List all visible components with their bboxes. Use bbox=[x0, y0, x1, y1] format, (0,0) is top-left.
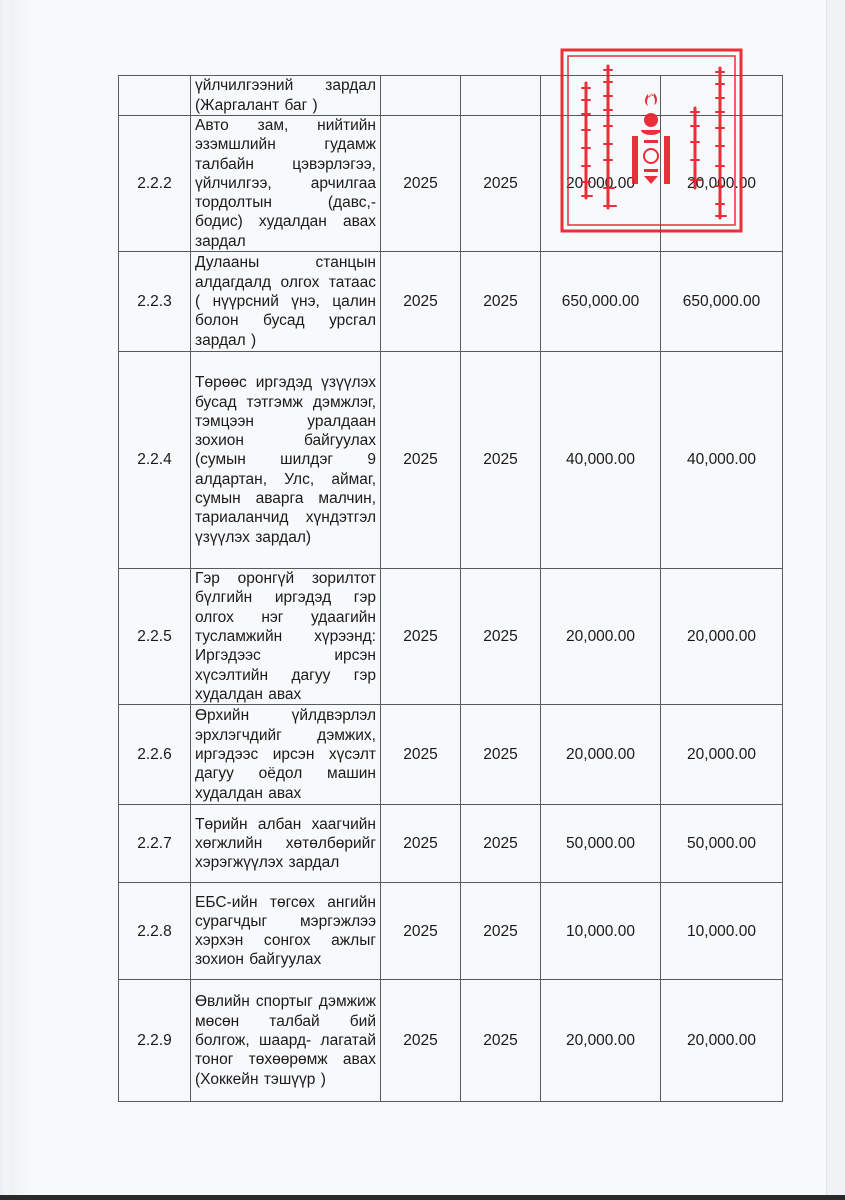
row-start-year: 2025 bbox=[381, 980, 461, 1102]
row-amount-2: 650,000.00 bbox=[661, 252, 783, 352]
table-row: 2.2.2 Авто зам, нийтийн эзэмшлийн гудамж… bbox=[119, 116, 783, 252]
budget-table-body: үйлчилгээний зардал (Жаргалант баг ) 2.2… bbox=[119, 76, 783, 1102]
row-start-year: 2025 bbox=[381, 883, 461, 980]
row-start-year: 2025 bbox=[381, 352, 461, 569]
table-row: 2.2.9 Өвлийн спортыг дэмжиж мөсөн талбай… bbox=[119, 980, 783, 1102]
row-start-year: 2025 bbox=[381, 252, 461, 352]
row-amount-1: 50,000.00 bbox=[541, 805, 661, 883]
row-end-year: 2025 bbox=[461, 352, 541, 569]
row-start-year: 2025 bbox=[381, 116, 461, 252]
row-amount-2: 10,000.00 bbox=[661, 883, 783, 980]
row-end-year: 2025 bbox=[461, 252, 541, 352]
row-amount-1: 20,000.00 bbox=[541, 980, 661, 1102]
row-amount-1: 20,000.00 bbox=[541, 116, 661, 252]
row-end-year: 2025 bbox=[461, 569, 541, 705]
row-end-year: 2025 bbox=[461, 805, 541, 883]
row-description: Авто зам, нийтийн эзэмшлийн гудамж талба… bbox=[191, 116, 381, 252]
row-start-year bbox=[381, 76, 461, 116]
row-description: Төрийн албан хаагчийн хөгжлийн хөтөлбөри… bbox=[191, 805, 381, 883]
scan-edge-bar bbox=[0, 1195, 845, 1200]
row-amount-1 bbox=[541, 76, 661, 116]
row-amount-2: 20,000.00 bbox=[661, 705, 783, 805]
row-end-year: 2025 bbox=[461, 705, 541, 805]
row-amount-2 bbox=[661, 76, 783, 116]
row-description: Гэр оронгүй зорилтот бүлгийн иргэдэд гэр… bbox=[191, 569, 381, 705]
row-description: Өрхийн үйлдвэрлэл эрхлэгчдийг дэмжих, ир… bbox=[191, 705, 381, 805]
row-end-year bbox=[461, 76, 541, 116]
row-amount-2: 50,000.00 bbox=[661, 805, 783, 883]
row-description: ЕБС-ийн төгсөх ангийн сурагчдыг мэргэжлэ… bbox=[191, 883, 381, 980]
row-code: 2.2.4 bbox=[119, 352, 191, 569]
row-start-year: 2025 bbox=[381, 705, 461, 805]
row-amount-1: 40,000.00 bbox=[541, 352, 661, 569]
table-row: 2.2.4 Төрөөс иргэдэд үзүүлэх бусад тэтгэ… bbox=[119, 352, 783, 569]
row-amount-1: 20,000.00 bbox=[541, 705, 661, 805]
budget-table: үйлчилгээний зардал (Жаргалант баг ) 2.2… bbox=[118, 75, 783, 1102]
table-row: 2.2.3 Дулааны станцын алдагдалд олгох та… bbox=[119, 252, 783, 352]
row-description: Дулааны станцын алдагдалд олгох татаас (… bbox=[191, 252, 381, 352]
row-amount-1: 10,000.00 bbox=[541, 883, 661, 980]
row-description: үйлчилгээний зардал (Жаргалант баг ) bbox=[191, 76, 381, 116]
row-start-year: 2025 bbox=[381, 569, 461, 705]
row-code: 2.2.2 bbox=[119, 116, 191, 252]
row-end-year: 2025 bbox=[461, 980, 541, 1102]
row-description: Төрөөс иргэдэд үзүүлэх бусад тэтгэмж дэм… bbox=[191, 352, 381, 569]
row-code: 2.2.8 bbox=[119, 883, 191, 980]
row-end-year: 2025 bbox=[461, 116, 541, 252]
row-amount-2: 20,000.00 bbox=[661, 569, 783, 705]
row-code bbox=[119, 76, 191, 116]
table-row: 2.2.5 Гэр оронгүй зорилтот бүлгийн иргэд… bbox=[119, 569, 783, 705]
table-row: 2.2.8 ЕБС-ийн төгсөх ангийн сурагчдыг мэ… bbox=[119, 883, 783, 980]
row-code: 2.2.9 bbox=[119, 980, 191, 1102]
table-row: үйлчилгээний зардал (Жаргалант баг ) bbox=[119, 76, 783, 116]
row-amount-2: 20,000.00 bbox=[661, 116, 783, 252]
table-row: 2.2.7 Төрийн албан хаагчийн хөгжлийн хөт… bbox=[119, 805, 783, 883]
row-amount-1: 650,000.00 bbox=[541, 252, 661, 352]
row-code: 2.2.3 bbox=[119, 252, 191, 352]
page-edge bbox=[826, 0, 845, 1200]
row-code: 2.2.5 bbox=[119, 569, 191, 705]
row-code: 2.2.7 bbox=[119, 805, 191, 883]
row-amount-2: 20,000.00 bbox=[661, 980, 783, 1102]
row-end-year: 2025 bbox=[461, 883, 541, 980]
row-description: Өвлийн спортыг дэмжиж мөсөн талбай бий б… bbox=[191, 980, 381, 1102]
row-start-year: 2025 bbox=[381, 805, 461, 883]
table-row: 2.2.6 Өрхийн үйлдвэрлэл эрхлэгчдийг дэмж… bbox=[119, 705, 783, 805]
row-amount-1: 20,000.00 bbox=[541, 569, 661, 705]
row-code: 2.2.6 bbox=[119, 705, 191, 805]
row-amount-2: 40,000.00 bbox=[661, 352, 783, 569]
